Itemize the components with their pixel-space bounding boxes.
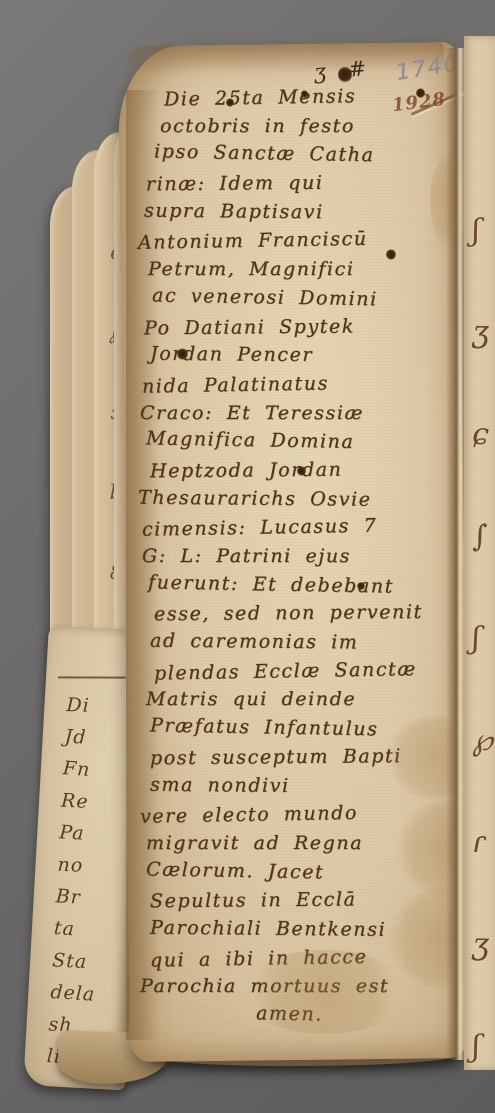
text-fragment: ta [53,912,100,947]
manuscript-line: rinæ: Idem qui [146,171,450,202]
manuscript-line: Po Datiani Spytek [144,314,450,345]
ink-blot [338,66,352,83]
manuscript-line: cimensis: Lucasus 7 [142,514,450,548]
ink-fragment: ∫ [472,522,493,552]
text-fragment: dela [49,976,96,1011]
manuscript-line: Die 25ta Mensis [164,84,450,118]
ink-blot [297,466,306,476]
ink-fragment: ɾ [472,828,493,858]
text-fragment: Pa [58,816,105,851]
underpage-text-fragments: DiJdFnRePanoBrtaStadelashlis [46,689,112,1075]
manuscript-line: Petrum, Magnifici [148,258,450,287]
manuscript-line: Antonium Franciscū [138,227,450,261]
manuscript-line: Thesaurarichs Osvie [138,486,450,517]
ink-fragment: ʃ [472,1032,493,1062]
text-fragment: Di [66,689,112,723]
ink-blot [386,249,396,260]
facing-page-sliver: ʃʒɕ∫ʃ℘ɾʒʃ [464,36,495,1070]
text-fragment: Jd [64,721,111,755]
manuscript-line: octobris in festo [160,115,450,144]
manuscript-line: esse, sed non pervenit [154,601,450,632]
manuscript-line: nida Palatinatus [142,370,450,404]
ink-fragment: ℘ [472,726,493,756]
manuscript-line: fuerunt: Et debebant [148,571,450,605]
text-fragment: Sta [51,944,97,978]
ink-fragment: ɕ [472,420,493,450]
water-stain [240,950,410,1034]
text-fragment: Br [55,880,102,914]
ink-fragment: ʒ [472,930,493,960]
manuscript-line: Craco: Et Teressiæ [140,402,450,431]
text-fragment: Re [60,785,106,819]
manuscript-line: ac venerosi Domini [152,284,450,318]
ink-blot [301,90,308,98]
manuscript-photo: e℘ɔb8ʃ DiJdFnRePanoBrtaStadelashlis ʒ # … [0,0,495,1113]
book-gutter-fold [446,48,466,1060]
ink-blot [177,348,188,360]
ink-fragment: ʒ [472,318,493,348]
ink-blot [226,98,234,107]
ink-blot [357,582,365,590]
manuscript-line: ipso Sanctæ Catha [154,141,450,175]
manuscript-line: Magnifica Domina [146,428,450,462]
manuscript-line: plendas Ecclæ Sanctæ [154,657,450,691]
facing-page-ink-fragments: ʃʒɕ∫ʃ℘ɾʒʃ [472,216,493,1062]
manuscript-line: Matris qui deinde [146,688,450,717]
manuscript-line: ad caremonias im [150,630,450,661]
manuscript-line: G: L: Patrini ejus [142,545,450,574]
text-fragment: no [57,849,103,883]
ink-fragment: ʃ [472,216,493,246]
ink-fragment: ʃ [472,624,493,654]
text-fragment: Fn [62,752,109,787]
ink-blot [416,88,425,98]
manuscript-line: Jordan Pencer [150,343,450,374]
